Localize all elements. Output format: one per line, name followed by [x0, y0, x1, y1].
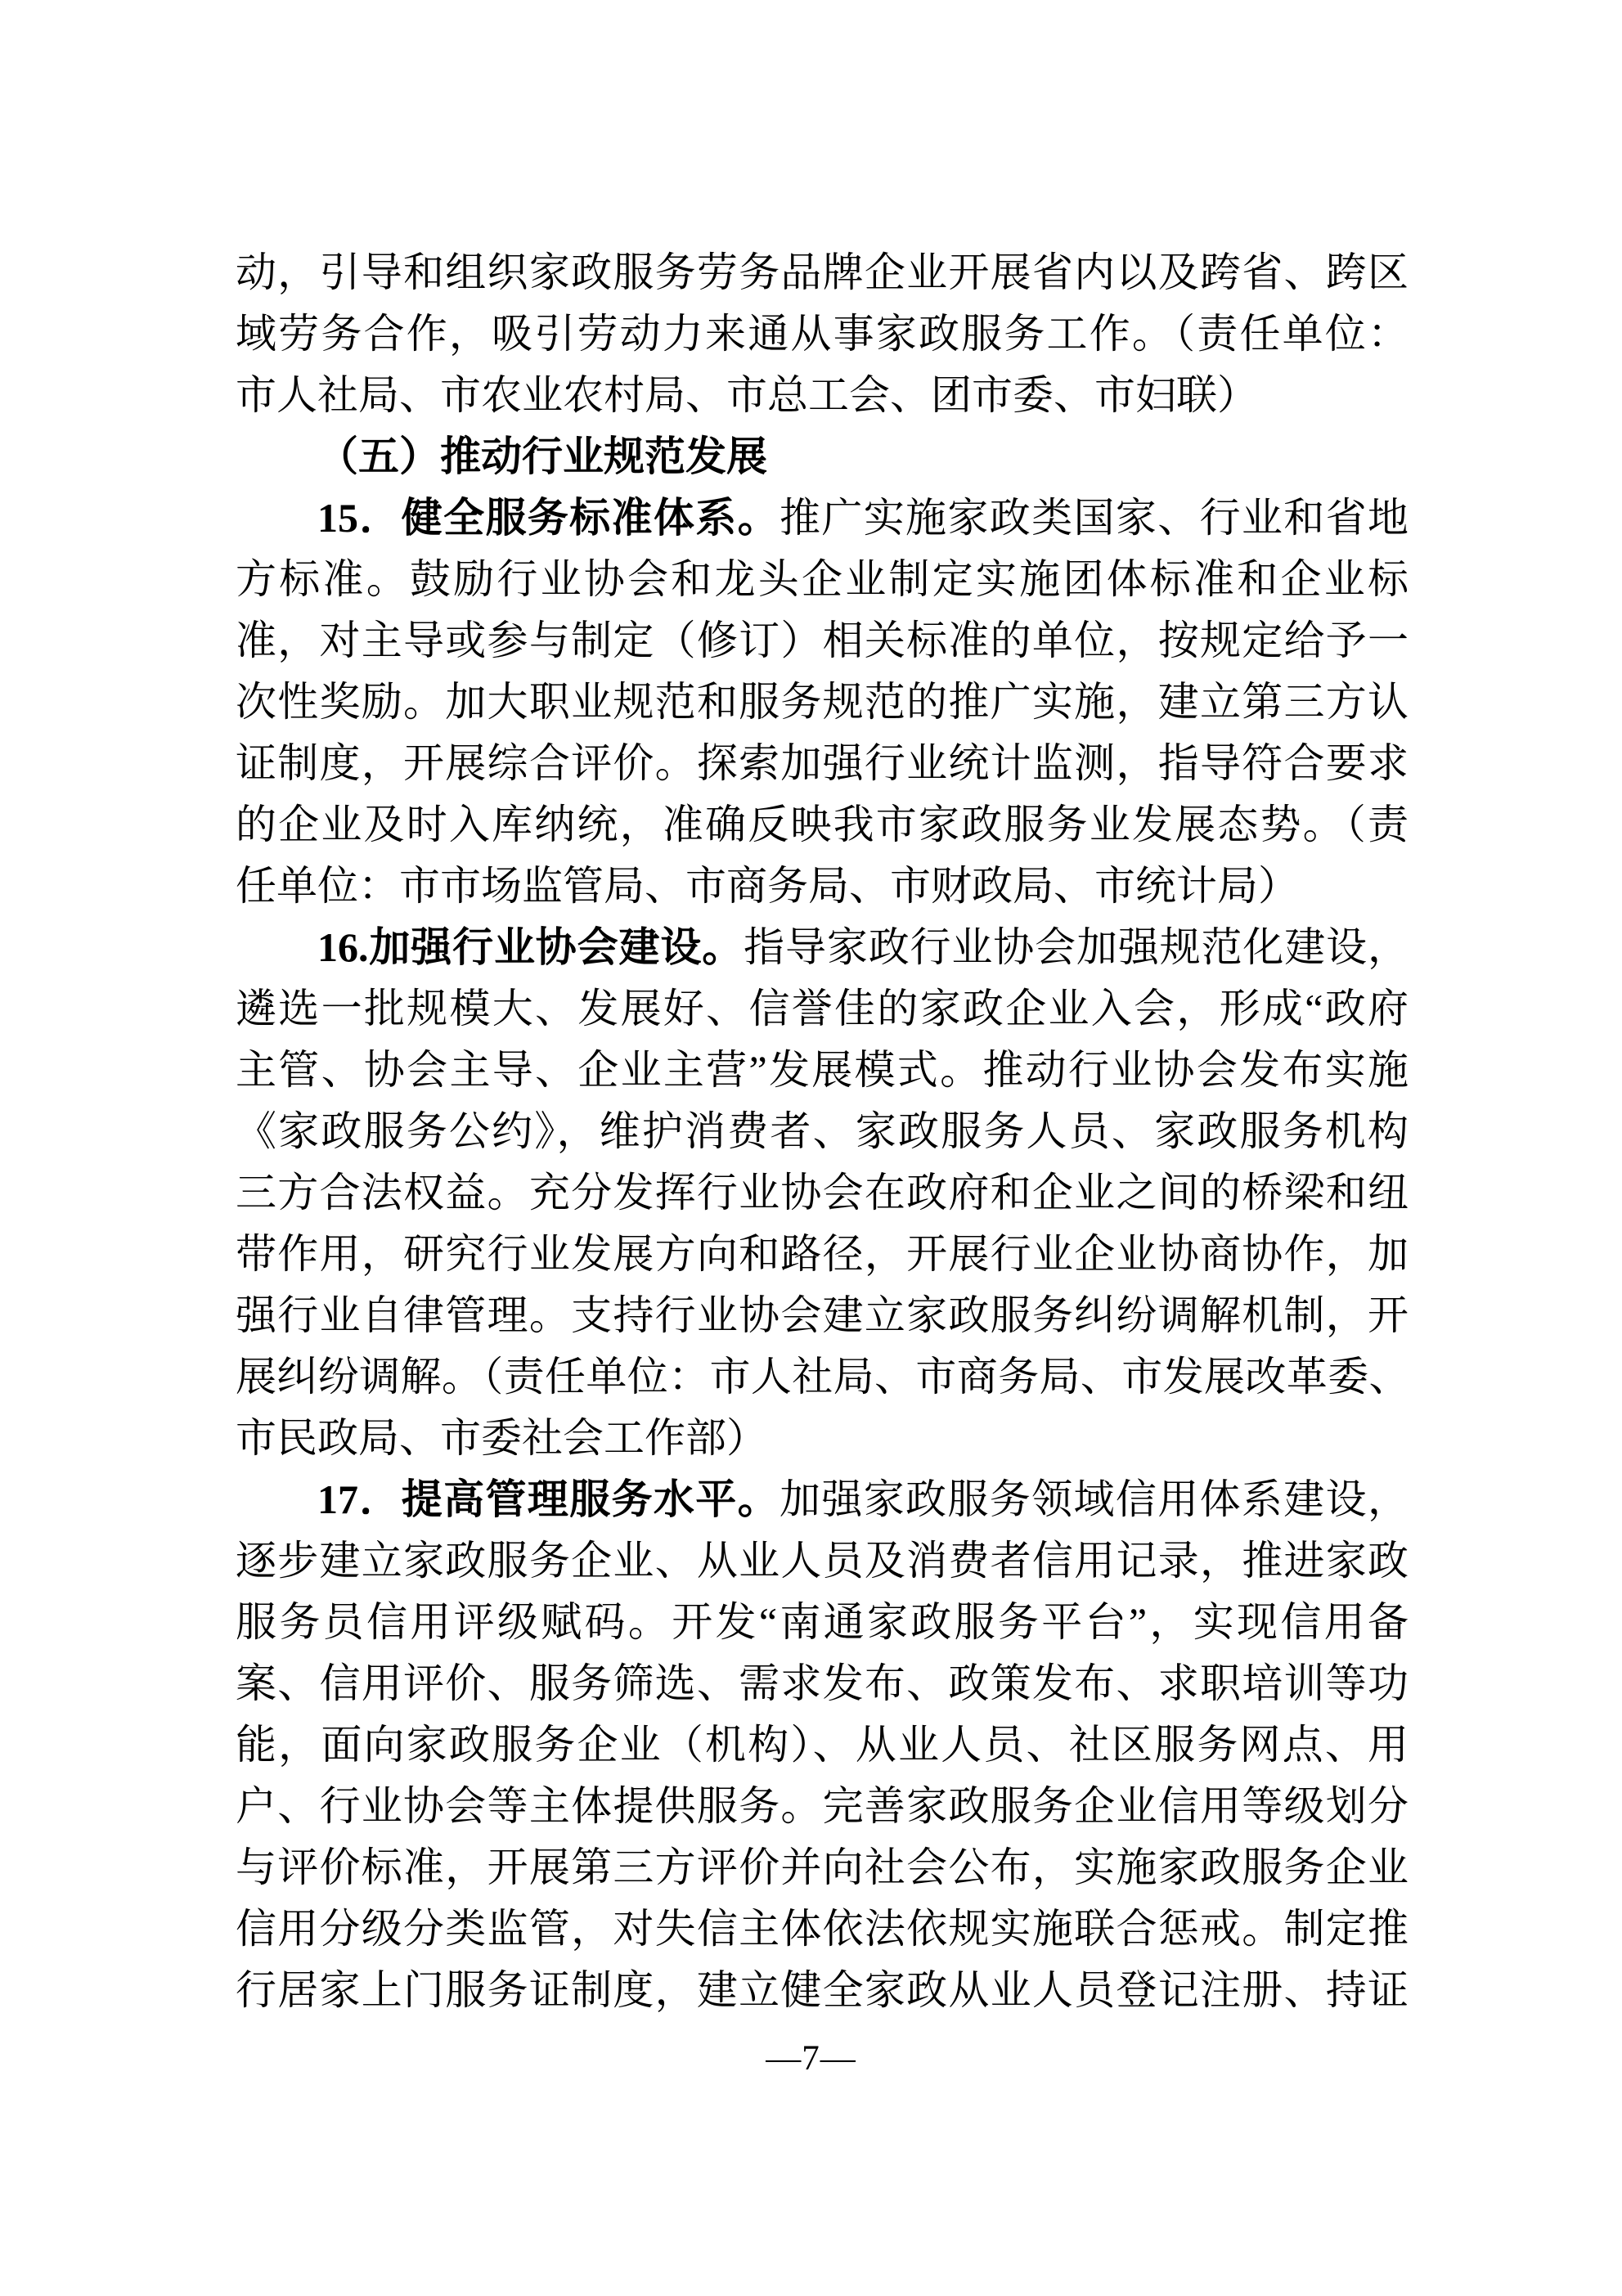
body-text: 主管、协会主导、企业主营”发展模式。推动行业协会发布实施	[236, 1047, 1409, 1093]
body-text: 域劳务合作，吸引劳动力来通从事家政服务工作。（责任单位：	[236, 311, 1409, 357]
body-text: 的企业及时入库纳统，准确反映我市家政服务业发展态势。（责	[236, 802, 1409, 847]
text-line: 带作用，研究行业发展方向和路径，开展行业企业协商协作，加	[236, 1224, 1409, 1285]
text-line: 的企业及时入库纳统，准确反映我市家政服务业发展态势。（责	[236, 794, 1409, 856]
body-text: 市民政局、市委社会工作部）	[236, 1415, 767, 1461]
body-text: 信用分级分类监管，对失信主体依法依规实施联合惩戒。制定推	[236, 1906, 1409, 1952]
body-text: 能，面向家政服务企业（机构）、从业人员、社区服务网点、用	[236, 1722, 1409, 1768]
body-text: 三方合法权益。充分发挥行业协会在政府和企业之间的桥梁和纽	[236, 1170, 1409, 1215]
body-text: 准，对主导或参与制定（修订）相关标准的单位，按规定给予一	[236, 618, 1409, 663]
body-text: 案、信用评价、服务筛选、需求发布、政策发布、求职培训等功	[236, 1660, 1409, 1706]
body-text: 加强家政服务领域信用体系建设，	[780, 1476, 1409, 1522]
body-text: 方标准。鼓励行业协会和龙头企业制定实施团体标准和企业标	[236, 556, 1409, 602]
body-text: 行居家上门服务证制度，建立健全家政从业人员登记注册、持证	[236, 1967, 1409, 2013]
body-text: 任单位：市市场监管局、市商务局、市财政局、市统计局）	[236, 863, 1299, 909]
page-number: —7—	[0, 2034, 1622, 2083]
body-text: 展纠纷调解。（责任单位：市人社局、市商务局、市发展改革委、	[236, 1354, 1409, 1400]
body-text: 遴选一批规模大、发展好、信誉佳的家政企业入会，形成“政府	[236, 986, 1409, 1031]
body-text: 《家政服务公约》，维护消费者、家政服务人员、家政服务机构	[236, 1108, 1409, 1154]
body-text: 强行业自律管理。支持行业协会建立家政服务纠纷调解机制，开	[236, 1292, 1409, 1338]
body-text: 推广实施家政类国家、行业和省地	[780, 495, 1409, 541]
text-line: 服务员信用评级赋码。开发“南通家政服务平台”，实现信用备	[236, 1592, 1409, 1653]
text-line: 案、信用评价、服务筛选、需求发布、政策发布、求职培训等功	[236, 1653, 1409, 1714]
text-line: 15．健全服务标准体系。推广实施家政类国家、行业和省地	[236, 488, 1409, 549]
text-line: 逐步建立家政服务企业、从业人员及消费者信用记录，推进家政	[236, 1530, 1409, 1592]
body-text: 证制度，开展综合评价。探索加强行业统计监测，指导符合要求	[236, 740, 1409, 786]
text-line: 遴选一批规模大、发展好、信誉佳的家政企业入会，形成“政府	[236, 978, 1409, 1040]
body-text: 带作用，研究行业发展方向和路径，开展行业企业协商协作，加	[236, 1231, 1409, 1277]
text-line: 证制度，开展综合评价。探索加强行业统计监测，指导符合要求	[236, 733, 1409, 794]
text-line: 户、行业协会等主体提供服务。完善家政服务企业信用等级划分	[236, 1776, 1409, 1837]
body-text: 动，引导和组织家政服务劳务品牌企业开展省内以及跨省、跨区	[236, 249, 1409, 295]
body-text: 指导家政行业协会加强规范化建设，	[744, 924, 1409, 970]
text-line: 方标准。鼓励行业协会和龙头企业制定实施团体标准和企业标	[236, 549, 1409, 610]
text-line: 能，面向家政服务企业（机构）、从业人员、社区服务网点、用	[236, 1714, 1409, 1776]
text-line: 展纠纷调解。（责任单位：市人社局、市商务局、市发展改革委、	[236, 1346, 1409, 1408]
text-line: 市人社局、市农业农村局、市总工会、团市委、市妇联）	[236, 365, 1409, 426]
body-text: 市人社局、市农业农村局、市总工会、团市委、市妇联）	[236, 372, 1258, 418]
text-line: 域劳务合作，吸引劳动力来通从事家政服务工作。（责任单位：	[236, 303, 1409, 365]
body-text: 户、行业协会等主体提供服务。完善家政服务企业信用等级划分	[236, 1783, 1409, 1829]
text-line: 次性奖励。加大职业规范和服务规范的推广实施，建立第三方认	[236, 672, 1409, 733]
heading-text: （五）推动行业规范发展	[317, 434, 767, 479]
text-line: 主管、协会主导、企业主营”发展模式。推动行业协会发布实施	[236, 1040, 1409, 1101]
text-line: 16.加强行业协会建设。指导家政行业协会加强规范化建设，	[236, 917, 1409, 978]
body-text: 次性奖励。加大职业规范和服务规范的推广实施，建立第三方认	[236, 679, 1409, 725]
text-line: 行居家上门服务证制度，建立健全家政从业人员登记注册、持证	[236, 1960, 1409, 2021]
text-line: 《家政服务公约》，维护消费者、家政服务人员、家政服务机构	[236, 1101, 1409, 1162]
text-line: 动，引导和组织家政服务劳务品牌企业开展省内以及跨省、跨区	[236, 242, 1409, 303]
text-line: 三方合法权益。充分发挥行业协会在政府和企业之间的桥梁和纽	[236, 1162, 1409, 1224]
text-line: 与评价标准，开展第三方评价并向社会公布，实施家政服务企业	[236, 1837, 1409, 1898]
section-heading: （五）推动行业规范发展	[236, 426, 1409, 488]
item-title: 15．健全服务标准体系。	[317, 495, 780, 541]
body-text: 逐步建立家政服务企业、从业人员及消费者信用记录，推进家政	[236, 1538, 1409, 1584]
text-line: 任单位：市市场监管局、市商务局、市财政局、市统计局）	[236, 856, 1409, 917]
text-line: 17．提高管理服务水平。加强家政服务领域信用体系建设，	[236, 1469, 1409, 1530]
document-page: 动，引导和组织家政服务劳务品牌企业开展省内以及跨省、跨区域劳务合作，吸引劳动力来…	[0, 0, 1622, 2296]
item-title: 17．提高管理服务水平。	[317, 1476, 780, 1522]
body-text: 与评价标准，开展第三方评价并向社会公布，实施家政服务企业	[236, 1844, 1409, 1890]
item-title: 16.加强行业协会建设。	[317, 924, 744, 970]
body-text: 服务员信用评级赋码。开发“南通家政服务平台”，实现信用备	[236, 1599, 1409, 1645]
text-line: 市民政局、市委社会工作部）	[236, 1408, 1409, 1469]
text-line: 准，对主导或参与制定（修订）相关标准的单位，按规定给予一	[236, 610, 1409, 672]
text-line: 信用分级分类监管，对失信主体依法依规实施联合惩戒。制定推	[236, 1898, 1409, 1960]
text-line: 强行业自律管理。支持行业协会建立家政服务纠纷调解机制，开	[236, 1285, 1409, 1346]
document-body: 动，引导和组织家政服务劳务品牌企业开展省内以及跨省、跨区域劳务合作，吸引劳动力来…	[236, 242, 1409, 2021]
